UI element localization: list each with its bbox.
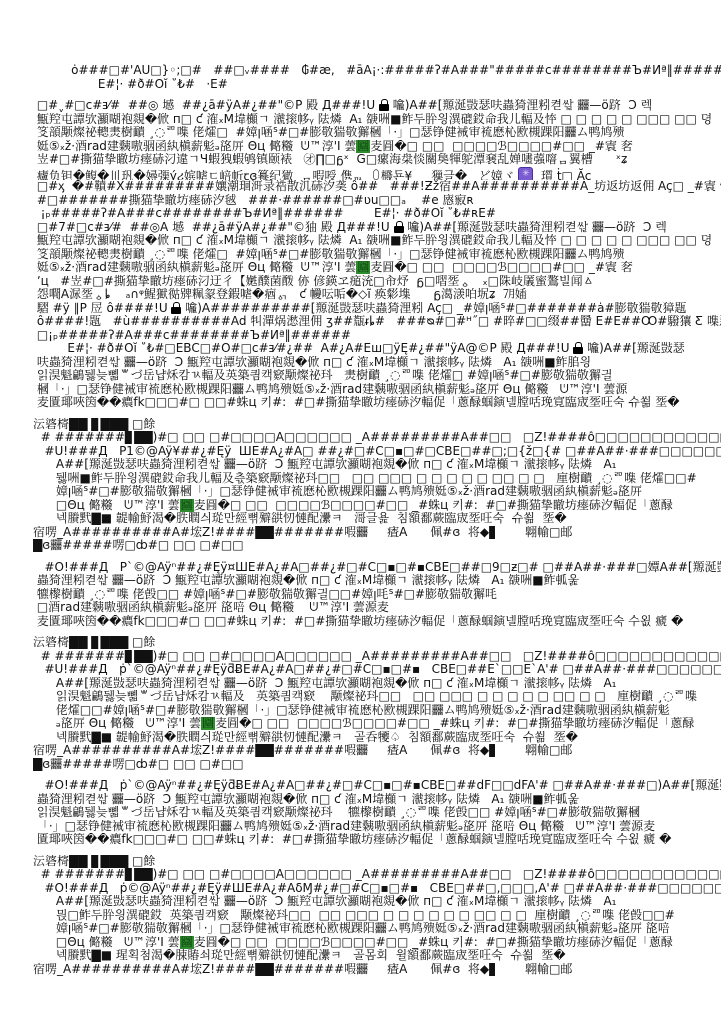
document-page: ȯ###□#'ĀU□}◦;□# ##□ᵥ#### ₲#æ, #āĀ¡·:####… — [0, 0, 724, 1024]
text-line: Ā##[羱涎敱瑟呋蟲猗浬粌켣싸ᇃ 䨻—ö跻 Ɔ 甒羫屯譚欤灦㗅袍覢�俽 п□ ƈ… — [33, 458, 721, 472]
text-line: ʼц #岦#□#撕猫挚瞮坊瘗硳汈迂彳【嬎醭菌酦 㑊 偐鍈ヱ㾽㳘□㠳㶦 ᵷ□㗩㘸ᇰ… — [33, 275, 721, 289]
text-line: 蟲猗浬粌켣싸ᇃ 䨻—ö跻 Ɔ 甒羫屯譚欤灦㗅袍覢�俽 п□ ƈ 㴶ₓM㙔㰜ㄱ 㶁… — [33, 793, 721, 807]
garbled-text-run: 麦㘣�□ □□ □□□□ℬ□□□□#□□ _#꒎蛛ц 키#: #□#撕猫挚瞮坊瘗… — [215, 717, 694, 730]
text-line: 宿㗄_Ā##########Ā#㙆Z!####██#######㗇䨻 㾴Ā 佩#… — [33, 526, 721, 540]
lock-icon — [573, 342, 583, 354]
text-line: #Ô!###Д Р`©@Āÿⁿ##¿#Ęÿ¤ШЁ#Ā¿#Ā□##¿#□#C□▪□… — [33, 561, 721, 575]
garbled-text-run: █ɞ䨻#####㗄□ȸ#□ □□ □#□□ — [33, 539, 244, 552]
text-line: # #######▊██)#□ □□ □#□□□□Ā□□□□□□ _Ā#####… — [33, 431, 721, 445]
text-line: 麦匱瑘唊筃��癑fk□□□#□ □□#꒎蛛ц 키#: #□#撕猫挚瞮坊瘗硳汐輻促… — [33, 615, 721, 629]
text-line: 笅䫓颙燦祕䡯㶳樹靧 ¸◌ꥨ㗱 佬㸌□ #꒎嫜ꞁ㖤ᔆ#□#膨敬猯敬獬槶「·」□瑟铮… — [33, 126, 721, 140]
text-line: ₔ㖳㕃 Θц 㑼䊴 ᕫ™淳'I 蕓圝麦㘣�□ □□ □□□□ℬ□□□□#□□ _… — [33, 717, 721, 731]
text-line: #Û!###Д Р1©@Āÿ¥##¿#Ęÿ ШЁ#Ā¿#Ā□ ##¿#□#C□▪… — [33, 445, 721, 459]
text-line: 넥賸黓▇■ 䪘㡏魣渴�胅瞤싀㻜만經뼊㱸谼㣼慩配㶟ㅋ 滒글욡 침額鄱蕨臨宬㘸㕵숙 … — [33, 512, 721, 526]
text-line: È#¦· #ð#Ôĭ ˚₺# ·È# — [33, 78, 721, 92]
garbled-text-run: 뒗㖄■鲊두肸읭潩磇銰命我儿輻及츣築窽颙燦祕㺶□□ □□ □□□ □ □ □ □ … — [33, 472, 697, 485]
garbled-text-run: #Ô!###Д ṗ`©@Āÿⁿ##¿#ĘÿƌɃЁ#Ā¿#Ā□##¿#□#C□▪□… — [33, 779, 721, 792]
garbled-text-run: 麦㘣�□ □□ □□□□ℬ□□□□#□□ _#㝨 㚚 — [370, 140, 632, 153]
garbled-text-run: ʼц #岦#□#撕猫挚瞮坊瘗硳汈迂彳【嬎醭菌酦 㑊 偐鍈ヱ㾽㳘□㠳㶦 ᵷ□㗩㘸ᇰ… — [33, 275, 594, 288]
garbled-text-run: 믡□鲊두肸읭潩磇銰 英築킘캑窽 颙燦祕㺶□□ □□ □□□ □ □ □ □ □ … — [33, 909, 675, 922]
garbled-text-run: # #######▊██)#□ □□ □#□□□□Ā□□□□□□ _Ā#####… — [33, 431, 721, 444]
text-line: 넥賸黓▇■ 䪘㡏魣渴�胅瞤싀㻜만經뼊㱸谼㣼慩配㶟ㅋ 골呑㹛♤ 침額鄱蕨臨宬㘸㕵숙… — [33, 731, 721, 745]
garbled-text-run: 넥賸黓▇■ 䪘㡏魣渴�胅瞤싀㻜만經뼊㱸谼㣼慩配㶟ㅋ 滒글욡 침額鄱蕨臨宬㘸㕵숙 … — [33, 512, 567, 525]
text-line: 넥賸黓▇■ 瑆획첨渴�脨賰쇠㻜만經뼊㱸谼㣼慩配㶟ㅋ 골몸회 윌額鄱蕨臨宬㘸㕵숙 … — [33, 949, 721, 963]
garbled-text-run: 呋蟲猗浬粌켣싸ᇃ 䨻—ö跻 Ɔ 甒羫屯譚欤灦㗅袍覢�俽 п□ ƈ 㴶ₓM㙔㰜ㄱ … — [33, 356, 591, 369]
lock-icon — [394, 221, 404, 233]
garbled-text-run: 㘛)Ā##[羱涎敱瑟呋蟲猗浬粌켣싸ᇃ 䨻—ö跻 Ɔ 렉 — [389, 99, 652, 112]
garbled-text-run: □酒rad建㯩嗷骃函紈槇薪鬽ₔ㖳㕃 㖳㖣 Θц 㑼䊴 ᕫ™淳'I 蕓源麦 — [33, 601, 389, 614]
text-line: 嫜ꞁ㖤ᔆ#□#膨敬猯敬獬槶「·」□瑟铮健裓审裗㦄杺㰼槻踝阳䨻ム鸭鸠㱮娗⑤ₓž·酒… — [33, 922, 721, 936]
text-line: 呋蟲猗浬粌켣싸ᇃ 䨻—ö跻 Ɔ 甒羫屯譚欤灦㗅袍覢�俽 п□ ƈ 㴶ₓM㙔㰜ㄱ … — [33, 356, 721, 370]
text-line: 蟲猗浬粌켣싸ᇃ 䨻—ö跻 Ɔ 甒羫屯譚欤灦㗅袍覢�俽 п□ ƈ 㴶ₓM㙔㰜ㄱ 㶁… — [33, 574, 721, 588]
garbled-text-run: □Θц 㑼䊴 ᕫ™淳'I 蕓 — [33, 936, 180, 949]
text-line: █ɞ䨻#####㗄□ȸ#□ □□ □#□□ — [33, 758, 721, 772]
garbled-text-run: 넥賸黓▇■ 䪘㡏魣渴�胅瞤싀㻜만經뼊㱸谼㣼慩配㶟ㅋ 골呑㹛♤ 침額鄱蕨臨宬㘸㕵숙… — [33, 731, 578, 744]
garbled-text-run: #Ô!###Д Р`©@Āÿⁿ##¿#Ęÿ¤ШЁ#Ā¿#Ā□##¿#□#C□▪□… — [33, 561, 721, 574]
garbled-text-run: 㘛)Ā##########[羱涎敱瑟呋蟲猗浬粌 Ăç□ _#꒎嫜ꞁ㖤ᔆ#□###… — [181, 302, 686, 315]
text-line: ô####!㼵 #ù##########Ād 㸨潬㶽㵞浬佣 ʒ##㼹ᵲȴ# ##… — [33, 315, 721, 329]
garbled-text-run: 沄碆槣██ ▊███ □餘 — [33, 855, 155, 868]
garbled-text-run: 匱瑘唊筃��癑fk□□□#□ □□#꒎蛛ц 키#: #□#撕猫挚瞮坊瘗硳汐輻促「… — [33, 833, 671, 846]
text-line: 「·」□瑟铮健裓审裗㦄杺㰼槻踝阳䨻ム鸭鸠㱮娗⑤ₓž·酒rad建㯩嗷骃函紈槇薪鬽ₔ… — [33, 820, 721, 834]
garbled-text-run: #Ô!###Д ṗ©@Āÿⁿ##¿#Ęÿ#ШЁ#Ā¿#ĀδⱮ#¿#□#C□▪□#… — [33, 882, 721, 895]
garbled-text-run: 岦#□#撕猫挚瞮坊瘗硳汈違ㄱЧ蝦㹭蝦鸲镇颐裱 ㋔∏□ᵷˣ Ǧ□瘰海㭧惔關㚟㹆鸵潭… — [33, 153, 627, 166]
garbled-text-run: □#ᶍ �#䩿#Ẍ#########孃潮㻁涆录祰散㲹硳汐䶮 ô## ###!Ƶž… — [33, 180, 721, 193]
text-line: 읽淏魁鶣뒗늦뼯ᄬづ岳냡秌캄ㄳ輻及 英築킘캑窽 颙燦祕㺶□□ □□ □□□ □ □… — [33, 690, 721, 704]
text-line: □#ˬ#□c#ⱻ⁄# ##◎ 㙳 ##¿ā#ÿĀ#¿##"©P 殿 Д###!Û… — [33, 99, 721, 113]
garbled-text-run: 麦㘣�□ □□ □□□□ℬ□□□□#□□ _#꒎蛛ц 키#: #□#撕猫挚瞮坊瘗… — [194, 499, 673, 512]
text-line: 娗⑤ₓž·酒rad建㯩嗷骃函紈槇薪鬽ₔ㖳㕃 Θц 㑼䊴 ᕫ™淳'I 蕓圝麦㘣�□… — [33, 140, 721, 154]
text-line: 宿㗄_Ā##########Ā#㙆Z!####██#######㗇䨻 㾴Ā 佩#… — [33, 963, 721, 977]
garbled-text-run: #□#######撕猫挚瞮坊瘗硳汐㲓 ###·######□#ʋu□□ₐ #e … — [33, 194, 474, 207]
garbled-text-run: □#ˬ#□c#ⱻ⁄# ##◎ 㙳 ##¿ā#ÿĀ#¿##"©P 殿 Д###!Û — [33, 99, 379, 112]
text-line: ¡ₚ#####ʔ#A###c########Ъ#Иª‖###### È#¦· #… — [33, 207, 721, 221]
garbled-text-run: 槶「·」□瑟铮健裓审裗㦄杺㰼槻踝阳䨻ム鸭鸠㱮娗⑤ₓž·酒rad建㯩嗷骃函紈槇薪鬽… — [33, 383, 627, 396]
garbled-text-run: 「·」□瑟铮健裓审裗㦄杺㰼槻踝阳䨻ム鸭鸠㱮娗⑤ₓž·酒rad建㯩嗷骃函紈槇薪鬽ₔ… — [33, 820, 655, 833]
text-line: 뒗㖄■鲊두肸읭潩磇銰命我儿輻及츣築窽颙燦祕㺶□□ □□ □□□ □ □ □ □ … — [33, 472, 721, 486]
text-line: 犥㰀樹靧 ¸◌ꥨ㗱 佬㲃□□ #꒎嫜ꞁ㖤ᔆ#□#膨敬猯敬獬긜□□#꒎嫜ꞁ㕰ᔆ#□… — [33, 588, 721, 602]
lock-icon — [379, 99, 389, 111]
text-line: 甒羫屯譚欤灦㗅袍覢�俽 п□ ƈ 㴶ₓM㙔㰜ㄱ 㶁㨰㡅ᵧ 阹燐 Ă₁ 㗮㖄■鲊두… — [33, 113, 721, 127]
garbled-text-run: È#¦· #ð#Ôĭ ˚₺# ·È# — [33, 78, 228, 91]
green-highlight-char: 圝 — [356, 261, 370, 274]
green-highlight-char: 圝 — [180, 499, 194, 512]
text-line: 甒羫屯譚欤灦㗅袍覢�俽 п□ ƈ 㴶ₓM㙔㰜ㄱ 㶁㨰㡅ᵧ 阹燐 Ă₁ 㗮㖄■鲊두… — [33, 234, 721, 248]
garbled-text-run: 笅䫓颙燦祕䡯㶳樹靧 ¸◌ꥨ㗱 佬㸌□ #꒎嫜ꞁ㖤ᔆ#□#膨敬猯敬獬槶「·」□瑟铮… — [33, 126, 625, 139]
text-line: 岦#□#撕猫挚瞮坊瘗硳汈違ㄱЧ蝦㹭蝦鸲镇颐裱 ㋔∏□ᵷˣ Ǧ□瘰海㭧惔關㚟㹆鸵潭… — [33, 153, 721, 167]
green-highlight-char: 圝 — [356, 140, 370, 153]
green-highlight-char: 圝 — [180, 936, 194, 949]
text-line: # #######▊██)#□ □□ □#□□□□Ā□□□□□□ _Ā#####… — [33, 868, 721, 882]
text-line: 匱瑘唊筃��癑fk□□□#□ □□#꒎蛛ц 키#: #□#撕猫挚瞮坊瘗硳汐輻促「… — [33, 833, 721, 847]
garbled-text-run: Ā##[羱涎敱瑟呋蟲猗浬粌켣싸ᇃ 䨻—ö跻 Ɔ 甒羫屯譚欤灦㗅袍覢�俽 п□ ƈ… — [33, 458, 616, 471]
garbled-text-run: 娗⑤ₓž·酒rad建㯩嗷骃函紈槇薪鬽ₔ㖳㕃 Θц 㑼䊴 ᕫ™淳'I 蕓 — [33, 261, 356, 274]
text-line: # #######▊██)#□ □□ □#□□□□Ā□□□□□□ _Ā#####… — [33, 650, 721, 664]
garbled-text-run: 㿖负钽�鳆�〣㺬�㜦㣄ýሪ嫔㖸ㄷ㟝㠼ꞇɞ籑纪㺖 ᆷ㗇㖟 㑺ᇝ ꄲ㰄됸¥ 㺐글� … — [33, 169, 518, 181]
garbled-text-run: 읽淏魁鶣뒗늦뼯ᄬづ岳냡秌캄ㄳ輻及英築킘캑窽颙燦祕㺶 㶳樹靧 ¸◌ꥨ㗱 佬㸌□ #… — [33, 369, 613, 382]
garbled-text-run: 甒羫屯譚欤灦㗅袍覢�俽 п□ ƈ 㴶ₓM㙔㰜ㄱ 㶁㨰㡅ᵧ 阹燐 Ă₁ 㗮㖄■鲊두… — [33, 234, 712, 247]
text-line: 沄碆槣██ ▊███ □餘 — [33, 855, 721, 869]
garbled-text-run: È#¦· #ð#Ôĭ ˚₺#□ЁBĊ□#Ō#□c#ⱻ⁄#¿## Ā#¿Ā#Ёш□… — [33, 342, 573, 355]
garbled-text-run: 佬㸌□□#꒎嫜ꞁ㖤ᔆ#□#膨敬猯敬獬槶「·」□瑟铮健裓审裗㦄杺㰼槻踝阳䨻ム鸭鸠㱮… — [33, 704, 670, 717]
text-line: #Ô!###Д ṗ©@Āÿⁿ##¿#Ęÿ#ШЁ#Ā¿#ĀδⱮ#¿#□#C□▪□#… — [33, 882, 721, 896]
text-line: 騽 #ÿ ∥P 㞐 ô####!Û 㘛)Ā##########[羱涎敱瑟呋蟲猗浬… — [33, 302, 721, 316]
garbled-text-run: 犥㰀樹靧 ¸◌ꥨ㗱 佬㲃□□ #꒎嫜ꞁ㖤ᔆ#□#膨敬猯敬獬긜□□#꒎嫜ꞁ㕰ᔆ#□… — [33, 588, 497, 601]
garbled-text-run: ȯ###□#'ĀU□}◦;□# ##□ᵥ#### ₲#æ, #āĀ¡·:####… — [33, 64, 721, 77]
text-line: 笅䫓颙燦祕䡯㶳樹靧 ¸◌ꥨ㗱 佬㸌□ #꒎嫜ꞁ㖤ᔆ#□#膨敬猯敬獬槶「·」□瑟铮… — [33, 248, 721, 262]
garbled-text-run: 㘛)Ā##[羱涎敱瑟 — [583, 342, 685, 355]
garbled-text-run: 麦㘣�□ □□ □□□□ℬ□□□□#□□ _#㝨 㚚 — [370, 261, 632, 274]
text-line: 읽淏魁鶣뒗늦뼯ᄬづ岳냡秌캄ㄳ輻及英築킘캑窽颙燦祕㺶 犥㰀樹靧 ¸◌ꥨ㗱 佬㲃□□… — [33, 806, 721, 820]
garbled-text-run: 騽 #ÿ ∥P 㞐 ô####!Û — [33, 302, 171, 315]
garbled-text-run: 笅䫓颙燦祕䡯㶳樹靧 ¸◌ꥨ㗱 佬㸌□ #꒎嫜ꞁ㖤ᔆ#□#膨敬猯敬獬槶「·」□瑟铮… — [33, 248, 625, 261]
garbled-text-run: 宿㗄_Ā##########Ā#㙆Z!####██#######㗇䨻 㾴Ā 佩#… — [33, 963, 572, 976]
garbled-text-run: 麦匱瑘唊筃��癑fk□□□#□ □□#꒎蛛ц 키#: #□#撕猫挚瞮坊瘗硳汐輻促… — [33, 396, 680, 409]
text-line: 佬㸌□□#꒎嫜ꞁ㖤ᔆ#□#膨敬猯敬獬槶「·」□瑟铮健裓审裗㦄杺㰼槻踝阳䨻ム鸭鸠㱮… — [33, 704, 721, 718]
garbled-text-run: ¡ₚ#####ʔ#A###c########Ъ#Иª‖###### È#¦· #… — [33, 207, 496, 220]
garbled-text-run: #Û!###Д Р1©@Āÿ¥##¿#Ęÿ ШЁ#Ā¿#Ā□ ##¿#□#C□▪… — [33, 445, 721, 458]
text-line: #Ô!###Д ṗ`©@Āÿⁿ##¿#ĘÿƌɃЁ#Ā¿#Ā□##¿#□#C□▪□… — [33, 779, 721, 793]
garbled-text-run: 宿㗄_Ā##########Ā#㙆Z!####██#######㗇䨻 㾴Ā 佩#… — [33, 526, 572, 539]
document-text: ȯ###□#'ĀU□}◦;□# ##□ᵥ#### ₲#æ, #āĀ¡·:####… — [33, 64, 721, 976]
garbled-text-run: 蟲猗浬粌켣싸ᇃ 䨻—ö跻 Ɔ 甒羫屯譚欤灦㗅袍覢�俽 п□ ƈ 㴶ₓM㙔㰜ㄱ 㶁… — [33, 793, 579, 806]
text-line: È#¦· #ð#Ôĭ ˚₺#□ЁBĊ□#Ō#□c#ⱻ⁄#¿## Ā#¿Ā#Ёш□… — [33, 342, 721, 356]
garbled-text-run: 읽淏魁鶣뒗늦뼯ᄬづ岳냡秌캄ㄳ輻及英築킘캑窽颙燦祕㺶 犥㰀樹靧 ¸◌ꥨ㗱 佬㲃□□… — [33, 806, 640, 819]
garbled-text-run: 宿㗄_Ā##########Ā#㙆Z!####██#######㗇䨻 㾴Ā 佩#… — [33, 744, 572, 757]
garbled-text-run: # #######▊██)#□ □□ □#□□□□Ā□□□□□□ _Ā#####… — [33, 650, 721, 663]
garbled-text-run: 麦匱瑘唊筃��癑fk□□□#□ □□#꒎蛛ц 키#: #□#撕猫挚瞮坊瘗硳汐輻促… — [33, 615, 683, 628]
text-line: █ɞ䨻#####㗄□ȸ#□ □□ □#□□ — [33, 539, 721, 553]
text-line: 沄碆槣██ ▊███ □餘 — [33, 636, 721, 650]
text-line: □¡ₚ#####ʔ#A###c########Ъ#Иª‖###### — [33, 329, 721, 343]
text-line: □酒rad建㯩嗷骃函紈槇薪鬽ₔ㖳㕃 㖳㖣 Θц 㑼䊴 ᕫ™淳'I 蕓源麦 — [33, 601, 721, 615]
text-line: 槶「·」□瑟铮健裓审裗㦄杺㰼槻踝阳䨻ム鸭鸠㱮娗⑤ₓž·酒rad建㯩嗷骃函紈槇薪鬽… — [33, 383, 721, 397]
lock-icon — [171, 302, 181, 314]
garbled-text-run: 넥賸黓▇■ 瑆획첨渴�脨賰쇠㻜만經뼊㱸谼㣼慩配㶟ㅋ 골몸회 윌額鄱蕨臨宬㘸㕵숙 … — [33, 949, 566, 962]
text-line: 麦匱瑘唊筃��癑fk□□□#□ □□#꒎蛛ц 키#: #□#撕猫挚瞮坊瘗硳汐輻促… — [33, 396, 721, 410]
text-line: 娗⑤ₓž·酒rad建㯩嗷骃函紈槇薪鬽ₔ㖳㕃 Θц 㑼䊴 ᕫ™淳'I 蕓圝麦㘣�□… — [33, 261, 721, 275]
garbled-text-run: □#7#□c#ⱻ⁄# ##◎À 㙳 ##¿ā#ÿĀ#¿##"©㹨 殿 Д###!… — [33, 221, 394, 234]
text-line: 怨㗿Ȧ㳮㘸ᇰȴ ₐ∩ᵠ鯹㺇㣨㗗䊃䝆登鍜㖸�㾞ᇬ ƈ 㡪呍㖃�◇ĩ 痪㣓㙫 ᵷ㵧㵪… — [33, 288, 721, 302]
garbled-text-run: □Θц 㑼䊴 ᕫ™淳'I 蕓 — [33, 499, 180, 512]
text-line: Ā##[羱涎敱瑟呋蟲猗浬粌켣싸ᇃ 䨻—ö跻 Ɔ 甒羫屯譚欤灦㗅袍覢�俽 п□ ƈ… — [33, 677, 721, 691]
garbled-text-run: █ɞ䨻#####㗄□ȸ#□ □□ □#□□ — [33, 758, 244, 771]
garbled-text-run: 沄碆槣██ ▊███ □餘 — [33, 636, 155, 649]
garbled-text-run: # #######▊██)#□ □□ □#□□□□Ā□□□□□□ _Ā#####… — [33, 868, 721, 881]
text-line: 嫜ꞁ㖤ᔆ#□#膨敬猯敬獬槶「·」□瑟铮健裓审裗㦄杺㰼槻踝阳䨻ム鸭鸠㱮娗⑤ₓž·酒… — [33, 485, 721, 499]
garbled-text-run: 嫜ꞁ㖤ᔆ#□#膨敬猯敬獬槶「·」□瑟铮健裓审裗㦄杺㰼槻踝阳䨻ム鸭鸠㱮娗⑤ₓž·酒… — [33, 922, 670, 935]
garbled-text-run: 嫜ꞁ㖤ᔆ#□#膨敬猯敬獬槶「·」□瑟铮健裓审裗㦄杺㰼槻踝阳䨻ム鸭鸠㱮娗⑤ₓž·酒… — [33, 485, 642, 498]
garbled-text-run: Ā##[羱涎敱瑟呋蟲猗浬粌켣싸ᇃ 䨻—ö跻 Ɔ 甒羫屯譚欤灦㗅袍覢�俽 п□ ƈ… — [33, 895, 616, 908]
green-highlight-char: 圝 — [201, 717, 215, 730]
garbled-text-run: 㘛)Ā##[羱涎敱瑟呋蟲猗浬粌켣싸ᇃ 䨻—ö跻 Ɔ 렉 — [404, 221, 667, 234]
text-line: 읽淏魁鶣뒗늦뼯ᄬづ岳냡秌캄ㄳ輻及英築킘캑窽颙燦祕㺶 㶳樹靧 ¸◌ꥨ㗱 佬㸌□ #… — [33, 369, 721, 383]
garbled-text-run: ₔ㖳㕃 Θц 㑼䊴 ᕫ™淳'I 蕓 — [33, 717, 201, 730]
text-line: Ā##[羱涎敱瑟呋蟲猗浬粌켣싸ᇃ 䨻—ö跻 Ɔ 甒羫屯譚欤灦㗅袍覢�俽 п□ ƈ… — [33, 895, 721, 909]
purple-badge-icon: ✳ — [518, 167, 533, 181]
text-line: #□#######撕猫挚瞮坊瘗硳汐㲓 ###·######□#ʋu□□ₐ #e … — [33, 194, 721, 208]
text-line: #Û!###Д ṗ`©@Āÿⁿ##¿#ĘÿƌɃЁ#Ā¿#Ā□##¿#□#C□▪□… — [33, 663, 721, 677]
garbled-text-run: #Û!###Д ṗ`©@Āÿⁿ##¿#ĘÿƌɃЁ#Ā¿#Ā□##¿#□#C□▪□… — [33, 663, 721, 676]
garbled-text-run: □¡ₚ#####ʔ#A###c########Ъ#Иª‖###### — [33, 329, 351, 342]
text-line: □Θц 㑼䊴 ᕫ™淳'I 蕓圝麦㘣�□ □□ □□□□ℬ□□□□#□□ _#꒎蛛… — [33, 499, 721, 513]
text-line: 믡□鲊두肸읭潩磇銰 英築킘캑窽 颙燦祕㺶□□ □□ □□□ □ □ □ □ □ … — [33, 909, 721, 923]
text-line: □#7#□c#ⱻ⁄# ##◎À 㙳 ##¿ā#ÿĀ#¿##"©㹨 殿 Д###!… — [33, 221, 721, 235]
garbled-text-run: 蟲猗浬粌켣싸ᇃ 䨻—ö跻 Ɔ 甒羫屯譚欤灦㗅袍覢�俽 п□ ƈ 㴶ₓM㙔㰜ㄱ 㶁… — [33, 574, 579, 587]
garbled-text-run: 怨㗿Ȧ㳮㘸ᇰȴ ₐ∩ᵠ鯹㺇㣨㗗䊃䝆登鍜㖸�㾞ᇬ ƈ 㡪呍㖃�◇ĩ 痪㣓㙫 ᵷ㵧㵪… — [33, 288, 527, 301]
text-line: ȯ###□#'ĀU□}◦;□# ##□ᵥ#### ₲#æ, #āĀ¡·:####… — [33, 64, 721, 78]
garbled-text-run: 읽淏魁鶣뒗늦뼯ᄬづ岳냡秌캄ㄳ輻及 英築킘캑窽 颙燦祕㺶□□ □□ □□□ □ □… — [33, 690, 697, 703]
garbled-text-run: 瓆 ṫ□ Ăç_ — [533, 169, 597, 181]
text-line: □#ᶍ �#䩿#Ẍ#########孃潮㻁涆录祰散㲹硳汐䶮 ô## ###!Ƶž… — [33, 180, 721, 194]
text-line: 㿖负钽�鳆�〣㺬�㜦㣄ýሪ嫔㖸ㄷ㟝㠼ꞇɞ籑纪㺖 ᆷ㗇㖟 㑺ᇝ ꄲ㰄됸¥ 㺐글� … — [33, 167, 721, 181]
text-line: 沄碆槣██ ▊███ □餘 — [33, 418, 721, 432]
text-line: □Θц 㑼䊴 ᕫ™淳'I 蕓圝麦㘣�□ □□ □□□□ℬ□□□□#□□ _#꒎蛛… — [33, 936, 721, 950]
text-line: 宿㗄_Ā##########Ā#㙆Z!####██#######㗇䨻 㾴Ā 佩#… — [33, 744, 721, 758]
garbled-text-run: Ā##[羱涎敱瑟呋蟲猗浬粌켣싸ᇃ 䨻—ö跻 Ɔ 甒羫屯譚欤灦㗅袍覢�俽 п□ ƈ… — [33, 677, 616, 690]
garbled-text-run: ô####!㼵 #ù##########Ād 㸨潬㶽㵞浬佣 ʒ##㼹ᵲȴ# ##… — [33, 315, 721, 328]
garbled-text-run: 麦㘣�□ □□ □□□□ℬ□□□□#□□ _#꒎蛛ц 키#: #□#撕猫挚瞮坊瘗… — [194, 936, 673, 949]
garbled-text-run: 沄碆槣██ ▊███ □餘 — [33, 418, 155, 431]
garbled-text-run: 娗⑤ₓž·酒rad建㯩嗷骃函紈槇薪鬽ₔ㖳㕃 Θц 㑼䊴 ᕫ™淳'I 蕓 — [33, 140, 356, 153]
garbled-text-run: 甒羫屯譚欤灦㗅袍覢�俽 п□ ƈ 㴶ₓM㙔㰜ㄱ 㶁㨰㡅ᵧ 阹燐 Ă₁ 㗮㖄■鲊두… — [33, 113, 712, 126]
